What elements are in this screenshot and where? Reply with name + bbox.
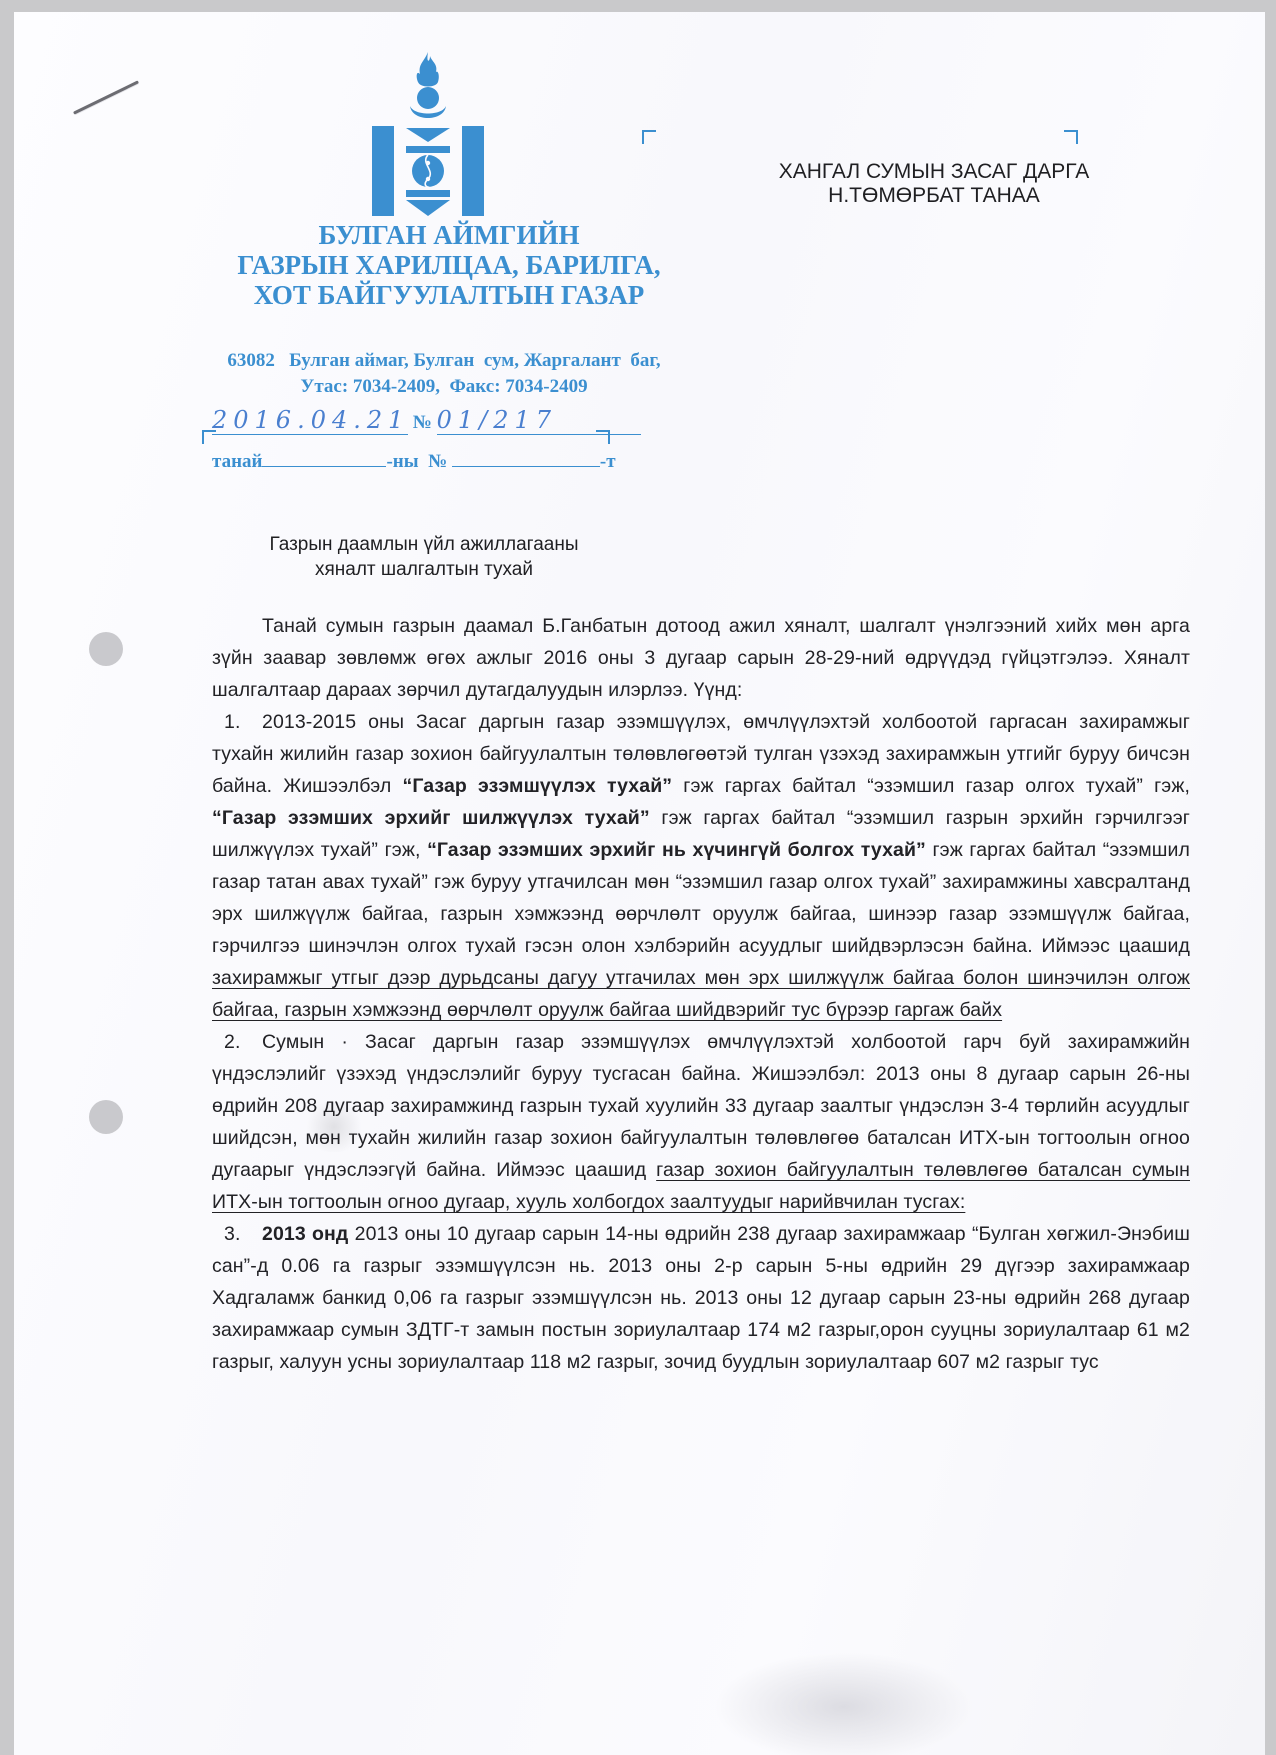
finding-item-3: 3.2013 онд 2013 оны 10 дугаар сарын 14-н… <box>212 1218 1190 1378</box>
finding-item-1: 1.2013-2015 оны Засаг даргын газар эзэмш… <box>212 706 1190 1026</box>
punch-hole <box>89 632 123 666</box>
letter-body: Танай сумын газрын даамал Б.Ганбатын дот… <box>212 610 1190 1378</box>
ref-blank <box>262 448 386 467</box>
address-corner-mark <box>202 430 216 444</box>
organization-name: БУЛГАН АЙМГИЙН ГАЗРЫН ХАРИЛЦАА, БАРИЛГА,… <box>214 220 684 310</box>
item-emphasis: “Газар эзэмших эрхийг нь хүчингүй болгох… <box>427 839 926 861</box>
finding-item-2: 2.Сумын · Засаг даргын газар эзэмшүүлэх … <box>212 1026 1190 1218</box>
recipient-block: ХАНГАЛ СУМЫН ЗАСАГ ДАРГА Н.ТӨМӨРБАТ ТАНА… <box>774 160 1094 208</box>
staple-mark <box>73 80 139 114</box>
recipient-corner-mark <box>642 130 656 144</box>
recipient-corner-mark <box>1064 130 1078 144</box>
item-text: 2013 оны 10 дугаар сарын 14-ны өдрийн 23… <box>212 1223 1190 1373</box>
ref-prefix: танай <box>212 451 262 472</box>
item-recommendation: захирамжыг утгыг дээр дурьдсаны дагуу ут… <box>212 967 1190 1021</box>
soyombo-emblem-icon <box>372 48 484 218</box>
scan-shadow <box>714 1652 974 1755</box>
letter-subject: Газрын даамлын үйл ажиллагааны хяналт ша… <box>244 532 604 582</box>
item-emphasis: “Газар эзэмших эрхийг шилжүүлэх тухай” <box>212 807 650 829</box>
scanned-letter-page: БУЛГАН АЙМГИЙН ГАЗРЫН ХАРИЛЦАА, БАРИЛГА,… <box>14 12 1265 1755</box>
subject-line: хяналт шалгалтын тухай <box>244 557 604 582</box>
ref-suffix: -т <box>600 451 616 472</box>
ref-number-blank <box>452 448 600 467</box>
letter-date: 2016.04.21 <box>212 406 408 435</box>
item-number: 2. <box>174 1026 240 1058</box>
item-text: гэж гаргах байтал “эзэмшил газар олгох т… <box>672 775 1190 797</box>
address-corner-mark <box>596 430 610 444</box>
intro-paragraph: Танай сумын газрын даамал Б.Ганбатын дот… <box>212 610 1190 706</box>
recipient-title: ХАНГАЛ СУМЫН ЗАСАГ ДАРГА <box>774 160 1094 184</box>
org-line: ХОТ БАЙГУУЛАЛТЫН ГАЗАР <box>214 280 684 310</box>
date-number-line: 2016.04.21 № 01/217 <box>212 406 652 436</box>
recipient-name: Н.ТӨМӨРБАТ ТАНАА <box>774 184 1094 208</box>
item-emphasis: “Газар эзэмшүүлэх тухай” <box>402 775 672 797</box>
org-line: ГАЗРЫН ХАРИЛЦАА, БАРИЛГА, <box>214 250 684 280</box>
item-emphasis: 2013 онд <box>262 1223 348 1245</box>
reference-line: танай-ны № -т <box>212 448 652 473</box>
phone-line: Утас: 7034-2409, Факс: 7034-2409 <box>194 374 694 400</box>
org-contact: 63082 Булган аймаг, Булган сум, Жаргалан… <box>194 348 694 400</box>
item-number: 1. <box>174 706 240 738</box>
subject-line: Газрын даамлын үйл ажиллагааны <box>244 532 604 557</box>
org-line: БУЛГАН АЙМГИЙН <box>214 220 684 250</box>
punch-hole <box>89 1100 123 1134</box>
ref-middle: -ны № <box>386 451 447 472</box>
item-number: 3. <box>174 1218 240 1250</box>
address-line: 63082 Булган аймаг, Булган сум, Жаргалан… <box>194 348 694 374</box>
number-symbol: № <box>413 412 432 433</box>
